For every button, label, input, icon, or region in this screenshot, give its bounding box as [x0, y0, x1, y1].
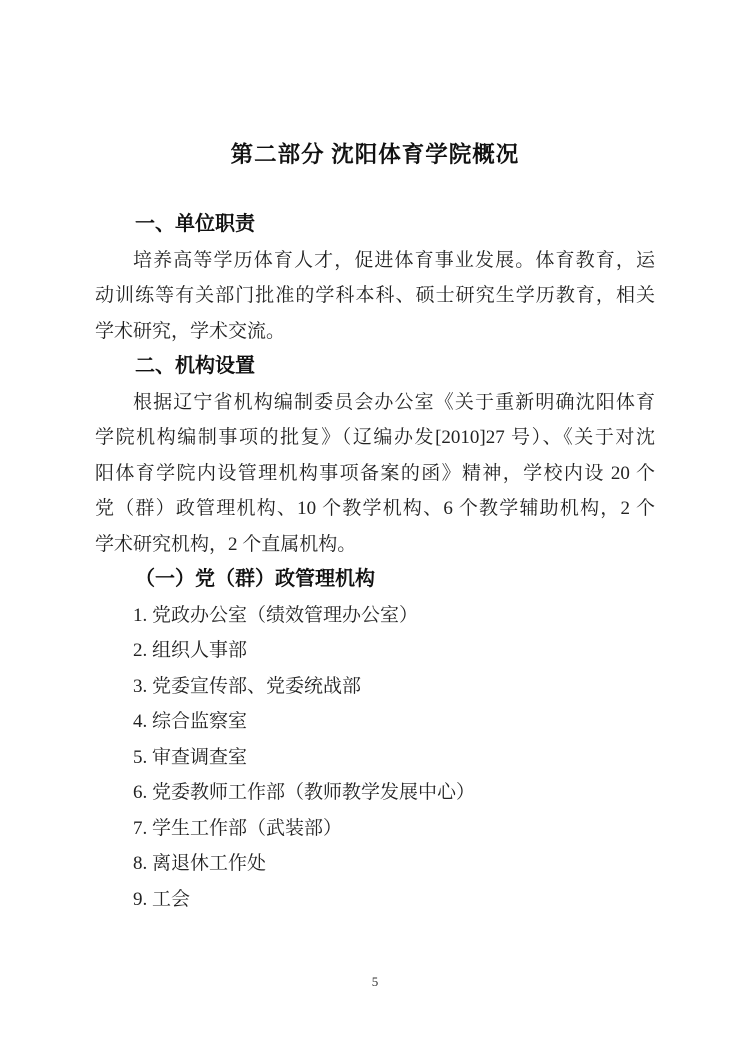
- org-list-item: 4. 综合监察室: [95, 704, 655, 740]
- paragraph-line: 阳体育学院内设管理机构事项备案的函》精神，学校内设 20 个: [95, 456, 655, 492]
- org-list-item: 8. 离退休工作处: [95, 846, 655, 882]
- org-list-item: 2. 组织人事部: [95, 633, 655, 669]
- org-list-item: 7. 学生工作部（武装部）: [95, 811, 655, 847]
- org-list-item: 3. 党委宣传部、党委统战部: [95, 669, 655, 705]
- paragraph-line: 培养高等学历体育人才，促进体育事业发展。体育教育，运: [95, 243, 655, 279]
- paragraph-line: 根据辽宁省机构编制委员会办公室《关于重新明确沈阳体育: [95, 385, 655, 421]
- subsection-1-heading: （一）党（群）政管理机构: [95, 562, 655, 598]
- org-list-item: 6. 党委教师工作部（教师教学发展中心）: [95, 775, 655, 811]
- section-1-heading: 一、单位职责: [95, 207, 655, 243]
- page-number: 5: [0, 974, 750, 990]
- paragraph-line: 党（群）政管理机构、10 个教学机构、6 个教学辅助机构，2 个: [95, 491, 655, 527]
- document-page: 第二部分 沈阳体育学院概况 一、单位职责 培养高等学历体育人才，促进体育事业发展…: [0, 0, 750, 1061]
- paragraph-line: 动训练等有关部门批准的学科本科、硕士研究生学历教育，相关: [95, 278, 655, 314]
- page-title: 第二部分 沈阳体育学院概况: [95, 136, 655, 174]
- paragraph-line: 学术研究，学术交流。: [95, 314, 655, 350]
- paragraph-line: 学院机构编制事项的批复》（辽编办发[2010]27 号）、《关于对沈: [95, 420, 655, 456]
- document-content: 第二部分 沈阳体育学院概况 一、单位职责 培养高等学历体育人才，促进体育事业发展…: [95, 0, 655, 917]
- org-list-item: 1. 党政办公室（绩效管理办公室）: [95, 598, 655, 634]
- org-list-item: 9. 工会: [95, 882, 655, 918]
- paragraph-line: 学术研究机构，2 个直属机构。: [95, 527, 655, 563]
- org-list-item: 5. 审查调查室: [95, 740, 655, 776]
- section-2-heading: 二、机构设置: [95, 349, 655, 385]
